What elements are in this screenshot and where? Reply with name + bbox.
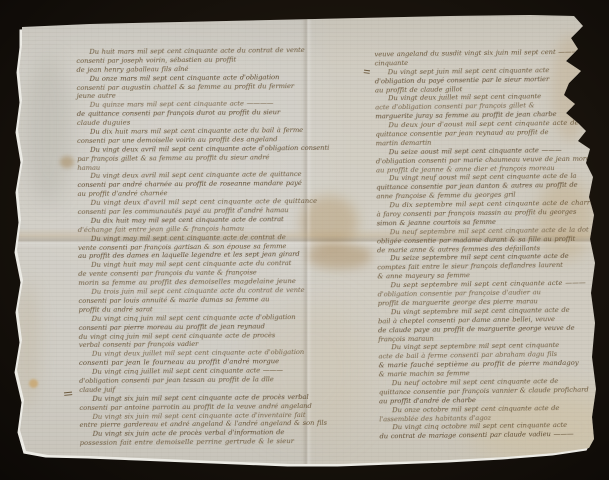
- stain: [60, 156, 74, 168]
- manuscript-text-line: Du vingt cinq juin mil sept cent cinquan…: [79, 313, 299, 324]
- manuscript-text-line: d'obligation consenti par jean tessan au…: [79, 375, 299, 386]
- manuscript-sheet: Du huit mars mil sept cent cinquante act…: [0, 0, 609, 480]
- left-page-text-column: Du huit mars mil sept cent cinquante act…: [76, 46, 299, 448]
- photo-background: Du huit mars mil sept cent cinquante act…: [0, 0, 609, 480]
- manuscript-text-line: consenti par louis annuité & marie dumas…: [78, 295, 298, 306]
- right-page-text-column: veuve angeland du susdit vingt six juin …: [374, 48, 591, 442]
- stain: [24, 55, 72, 205]
- manuscript-text-line: par françois gillet & sa femme au proffi…: [77, 153, 297, 164]
